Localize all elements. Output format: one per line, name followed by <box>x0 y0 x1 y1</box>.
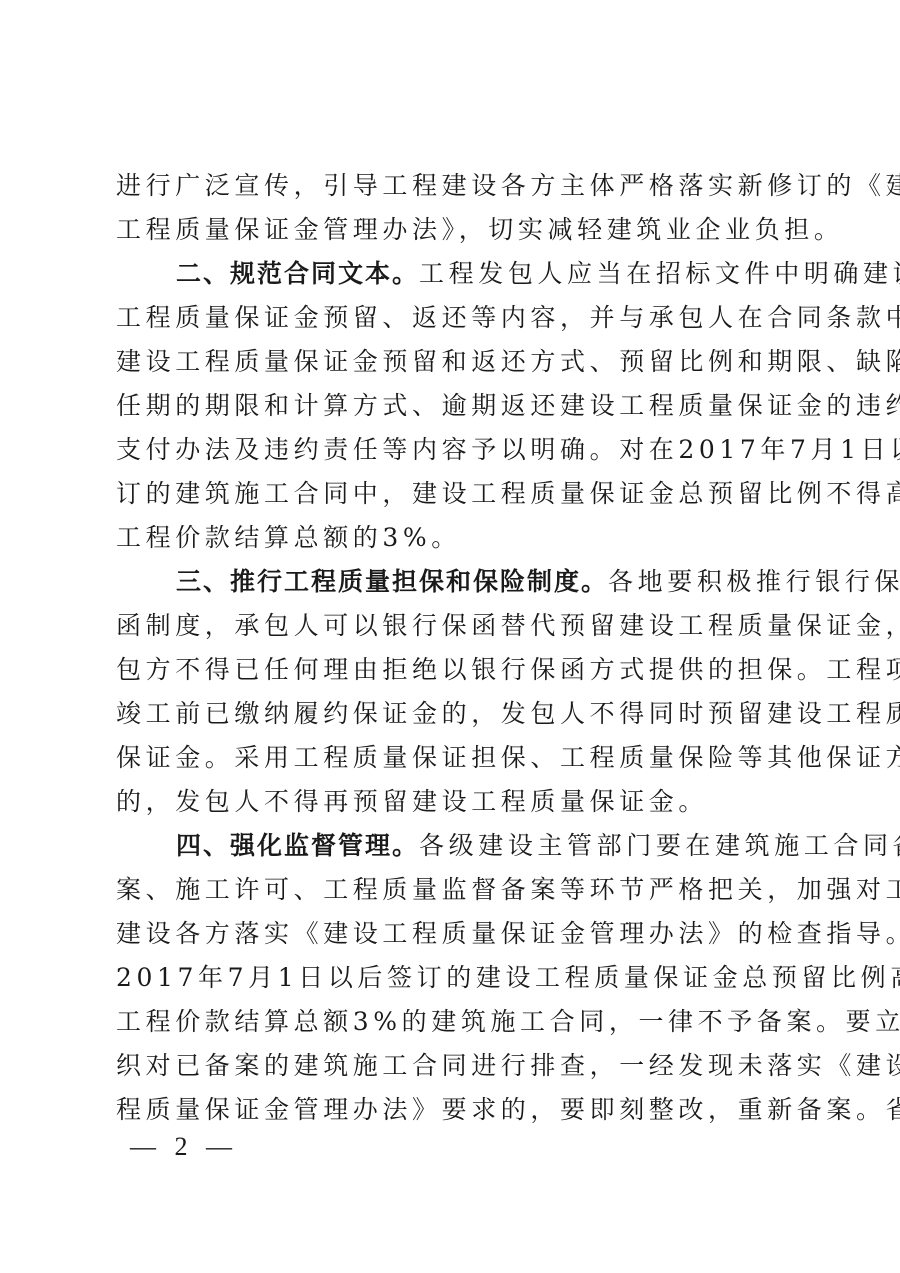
section-three-heading: 三、推行工程质量担保和保险制度。 <box>176 567 608 596</box>
text-line: 支付办法及违约责任等内容予以明确。对在2017年7月1日以后签 <box>116 428 786 472</box>
text-line: 包方不得已任何理由拒绝以银行保函方式提供的担保。工程项目 <box>116 648 786 692</box>
text-line: 工程发包人应当在招标文件中明确建设 <box>419 259 900 288</box>
text-line: 的，发包人不得再预留建设工程质量保证金。 <box>116 780 786 824</box>
text-line: 建设各方落实《建设工程质量保证金管理办法》的检查指导。对 <box>116 912 786 956</box>
text-line: 织对已备案的建筑施工合同进行排查，一经发现未落实《建设工 <box>116 1044 786 1088</box>
document-page: 进行广泛宣传，引导工程建设各方主体严格落实新修订的《建设 工程质量保证金管理办法… <box>0 0 900 1273</box>
text-line: 工程价款结算总额的3%。 <box>116 516 786 560</box>
text-line: 工程价款结算总额3%的建筑施工合同，一律不予备案。要立即组 <box>116 1000 786 1044</box>
section-four-heading: 四、强化监督管理。 <box>176 831 419 860</box>
section-two-paragraph-start: 二、规范合同文本。工程发包人应当在招标文件中明确建设 <box>116 252 786 296</box>
text-line: 各级建设主管部门要在建筑施工合同备 <box>419 831 900 860</box>
text-line: 任期的期限和计算方式、逾期返还建设工程质量保证金的违约金 <box>116 384 786 428</box>
section-three-paragraph-start: 三、推行工程质量担保和保险制度。各地要积极推行银行保 <box>116 560 786 604</box>
text-line: 工程质量保证金管理办法》，切实减轻建筑业企业负担。 <box>116 208 786 252</box>
text-line: 保证金。采用工程质量保证担保、工程质量保险等其他保证方式 <box>116 736 786 780</box>
text-line: 各地要积极推行银行保 <box>608 567 900 596</box>
text-line: 函制度，承包人可以银行保函替代预留建设工程质量保证金，发 <box>116 604 786 648</box>
text-line: 2017年7月1日以后签订的建设工程质量保证金总预留比例高于 <box>116 956 786 1000</box>
text-line: 案、施工许可、工程质量监督备案等环节严格把关，加强对工程 <box>116 868 786 912</box>
text-line: 工程质量保证金预留、返还等内容，并与承包人在合同条款中对 <box>116 296 786 340</box>
text-line: 竣工前已缴纳履约保证金的，发包人不得同时预留建设工程质量 <box>116 692 786 736</box>
text-line: 进行广泛宣传，引导工程建设各方主体严格落实新修订的《建设 <box>116 164 786 208</box>
text-line: 程质量保证金管理办法》要求的，要即刻整改，重新备案。省住 <box>116 1088 786 1132</box>
section-four-paragraph-start: 四、强化监督管理。各级建设主管部门要在建筑施工合同备 <box>116 824 786 868</box>
section-two-heading: 二、规范合同文本。 <box>176 259 419 288</box>
text-line: 建设工程质量保证金预留和返还方式、预留比例和期限、缺陷责 <box>116 340 786 384</box>
body-text: 进行广泛宣传，引导工程建设各方主体严格落实新修订的《建设 工程质量保证金管理办法… <box>116 164 786 1132</box>
text-line: 订的建筑施工合同中，建设工程质量保证金总预留比例不得高于 <box>116 472 786 516</box>
page-number: — 2 — <box>130 1132 238 1162</box>
